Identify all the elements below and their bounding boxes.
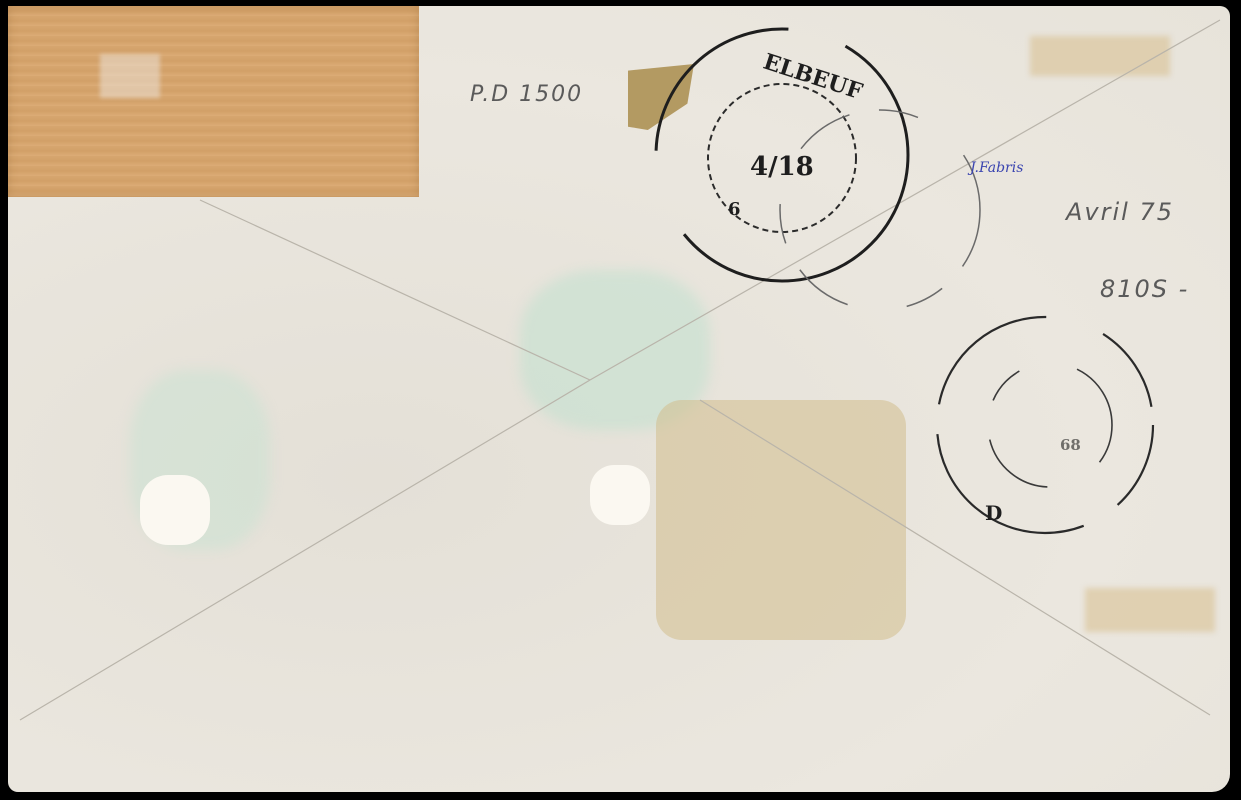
pencil-note-date: Avril 75 xyxy=(1066,198,1174,226)
envelope-flap-lines: ELBEUF 4/18 6 D 68 xyxy=(0,0,1241,800)
paris-cherbourg-postmark: D 68 xyxy=(937,317,1153,533)
svg-text:D: D xyxy=(985,501,1002,525)
svg-text:4/18: 4/18 xyxy=(750,152,814,182)
pencil-note-reference: 810S - xyxy=(1100,275,1189,303)
svg-text:6: 6 xyxy=(728,199,741,220)
elbeuf-postmark: ELBEUF 4/18 6 xyxy=(656,29,980,310)
pencil-note-price-code: P.D 1500 xyxy=(470,82,583,107)
svg-text:ELBEUF: ELBEUF xyxy=(760,49,866,105)
svg-text:68: 68 xyxy=(1060,436,1081,454)
blue-ink-signature: J.Fabris xyxy=(970,160,1023,176)
